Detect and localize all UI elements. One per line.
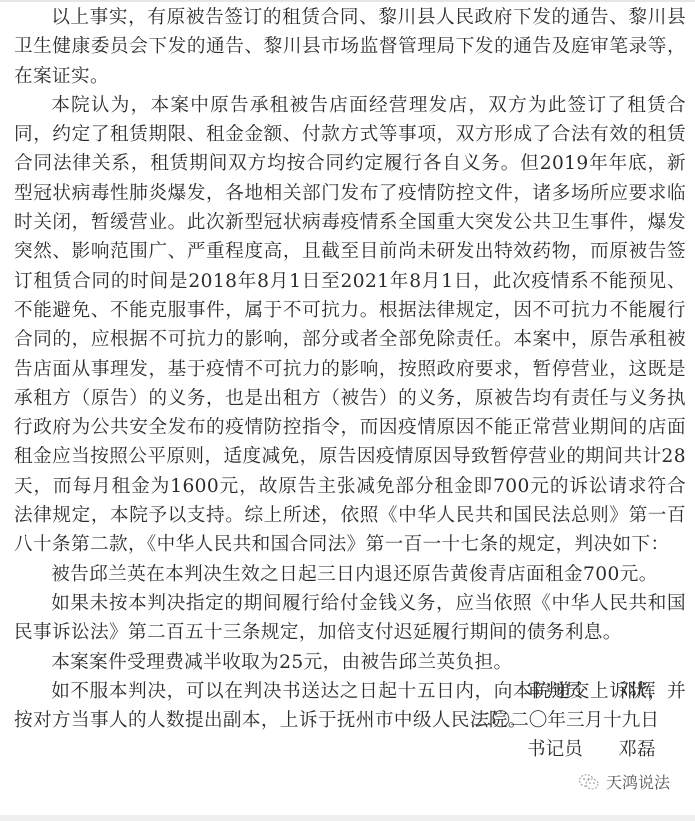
wechat-icon	[578, 773, 600, 791]
bottom-divider	[0, 815, 695, 821]
top-divider	[0, 0, 695, 2]
paragraph-evidence: 以上事实，有原被告签订的租赁合同、黎川县人民政府下发的通告、黎川县卫生健康委员会…	[14, 3, 686, 91]
signature-clerk: 书记员 邓磊	[527, 735, 655, 764]
judgment-document-body: 以上事实，有原被告签订的租赁合同、黎川县人民政府下发的通告、黎川县卫生健康委员会…	[14, 3, 686, 735]
signature-date: 二〇二〇年三月十九日	[473, 706, 659, 735]
watermark: 天鸿说法	[578, 770, 670, 793]
signature-judge: 审判员 邓辉	[527, 677, 655, 706]
paragraph-court-fee: 本案案件受理费减半收取为25元，由被告邱兰英负担。	[14, 648, 686, 677]
paragraph-judgment-refund: 被告邱兰英在本判决生效之日起三日内退还原告黄俊青店面租金700元。	[14, 560, 686, 589]
paragraph-court-opinion: 本院认为，本案中原告承租被告店面经营理发店，双方为此签订了租赁合同，约定了租赁期…	[14, 91, 686, 560]
paragraph-late-interest: 如果未按本判决指定的期间履行给付金钱义务，应当依照《中华人民共和国民事诉讼法》第…	[14, 589, 686, 648]
watermark-text: 天鸿说法	[606, 770, 670, 793]
